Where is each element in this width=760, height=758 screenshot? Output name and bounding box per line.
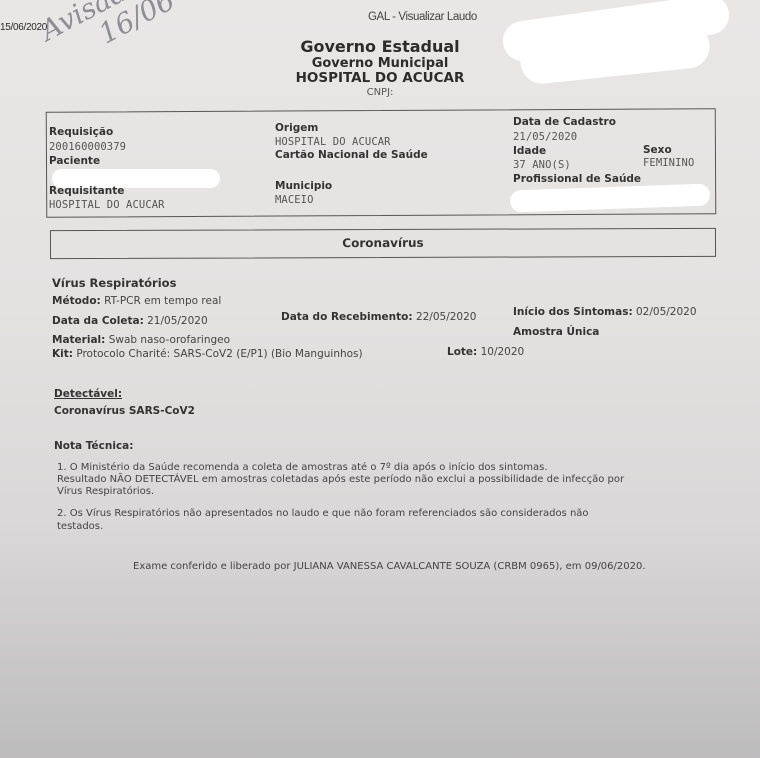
sexo-value: FEMININO — [643, 157, 694, 169]
lote-value: 10/2020 — [481, 346, 525, 358]
paciente-label: Paciente — [49, 155, 100, 167]
data-cadastro-value: 21/05/2020 — [513, 131, 577, 143]
sexo-label: Sexo — [643, 144, 672, 156]
coleta-row: Data da Coleta: 21/05/2020 — [52, 315, 208, 327]
recebimento-label: Data do Recebimento: — [281, 311, 413, 323]
sintomas-value: 02/05/2020 — [636, 306, 697, 318]
material-label: Material: — [52, 334, 105, 346]
note-1-line-1: 1. O Ministério da Saúde recomenda a col… — [57, 462, 548, 474]
material-value: Swab naso-orofaringeo — [109, 334, 230, 346]
metodo-value: RT-PCR em tempo real — [104, 295, 221, 307]
requisitante-value: HOSPITAL DO ACUCAR — [49, 199, 165, 211]
requisitante-label: Requisitante — [49, 185, 124, 197]
metodo-row: Método: RT-PCR em tempo real — [52, 295, 221, 307]
header-state-government: Governo Estadual — [250, 38, 510, 56]
lote-label: Lote: — [447, 346, 477, 358]
sintomas-label: Início dos Sintomas: — [513, 306, 633, 318]
kit-label: Kit: — [52, 348, 73, 360]
note-2-line-1: 2. Os Vírus Respiratórios não apresentad… — [57, 508, 589, 520]
cartao-sus-label: Cartão Nacional de Saúde — [275, 149, 428, 161]
origem-label: Origem — [275, 122, 318, 134]
material-row: Material: Swab naso-orofaringeo — [52, 334, 230, 346]
header-municipal-government: Governo Municipal — [250, 56, 510, 71]
section-title: Coronavírus — [51, 235, 715, 251]
origem-value: HOSPITAL DO ACUCAR — [275, 136, 391, 148]
profissional-label: Profissional de Saúde — [513, 173, 641, 185]
detected-virus: Coronavírus SARS-CoV2 — [54, 405, 195, 417]
document-header: Governo Estadual Governo Municipal HOSPI… — [250, 38, 510, 99]
browser-title: GAL - Visualizar Laudo — [368, 11, 477, 23]
idade-value: 37 ANO(S) — [513, 159, 571, 171]
result-label: Detectável: — [54, 388, 122, 400]
kit-row: Kit: Protocolo Charité: SARS-CoV2 (E/P1)… — [52, 348, 363, 360]
nota-tecnica-label: Nota Técnica: — [54, 440, 133, 452]
requisicao-label: Requisição — [49, 126, 113, 138]
detectable-label: Detectável: — [54, 388, 122, 400]
coleta-value: 21/05/2020 — [147, 315, 208, 327]
section-header-bar: Coronavírus — [50, 228, 716, 259]
amostra-label: Amostra Única — [513, 326, 599, 338]
recebimento-value: 22/05/2020 — [416, 311, 477, 323]
note-1-line-3: Vírus Respiratórios. — [57, 486, 154, 498]
notes-title: Nota Técnica: — [54, 440, 133, 452]
release-statement: Exame conferido e liberado por JULIANA V… — [133, 561, 646, 573]
exam-group-title: Vírus Respiratórios — [52, 276, 176, 290]
idade-label: Idade — [513, 145, 546, 157]
header-hospital-name: HOSPITAL DO ACUCAR — [250, 71, 510, 86]
handwritten-note: Avisado 16/06 — [36, 0, 180, 73]
metodo-label: Método: — [52, 295, 101, 307]
kit-value: Protocolo Charité: SARS-CoV2 (E/P1) (Bio… — [76, 348, 362, 360]
header-cnpj: CNPJ: — [250, 86, 510, 99]
data-cadastro-label: Data de Cadastro — [513, 116, 616, 128]
sintomas-row: Início dos Sintomas: 02/05/2020 — [513, 306, 697, 318]
note-2-line-2: testados. — [57, 521, 103, 533]
coleta-label: Data da Coleta: — [52, 315, 144, 327]
note-1-line-2: Resultado NÃO DETECTÁVEL em amostras col… — [57, 474, 624, 486]
recebimento-row: Data do Recebimento: 22/05/2020 — [281, 311, 476, 323]
result-value: Coronavírus SARS-CoV2 — [54, 405, 195, 417]
amostra-row: Amostra Única — [513, 326, 599, 338]
lote-row: Lote: 10/2020 — [447, 346, 524, 358]
municipio-value: MACEIO — [275, 194, 314, 206]
requisicao-value: 200160000379 — [49, 141, 126, 153]
municipio-label: Municipio — [275, 180, 332, 192]
